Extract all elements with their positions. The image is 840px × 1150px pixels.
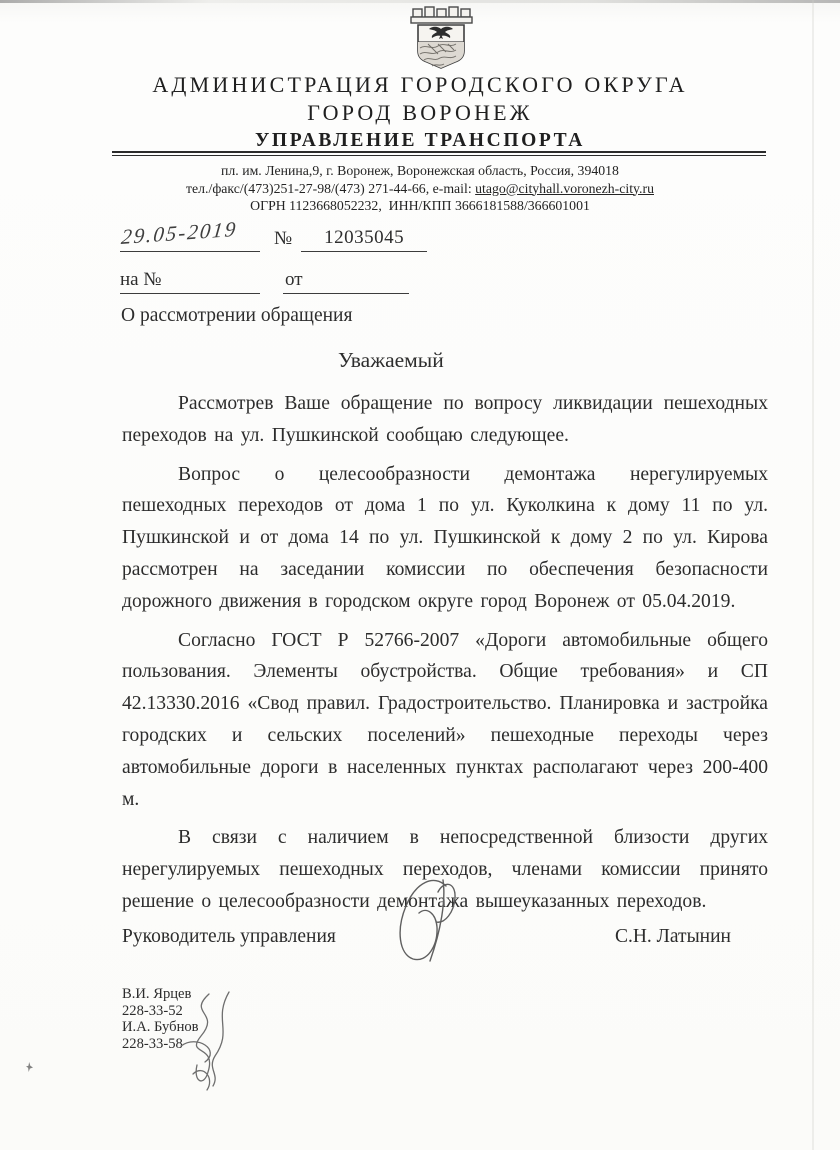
letterhead: АДМИНИСТРАЦИЯ ГОРОДСКОГО ОКРУГА ГОРОД ВО… [0, 71, 840, 154]
letterhead-divider-rule [112, 151, 766, 156]
letterhead-contacts: пл. им. Ленина,9, г. Воронеж, Воронежска… [0, 162, 840, 215]
number-sign-label: № [260, 228, 301, 252]
org-phone-email-line: тел./факс/(473)251-27-98/(473) 271-44-66… [0, 180, 840, 198]
org-address: пл. им. Ленина,9, г. Воронеж, Воронежска… [0, 162, 840, 180]
signature-row: Руководитель управления С.Н. Латынин [122, 926, 768, 948]
scan-artifact-speck [26, 1062, 33, 1072]
scan-edge-artifact [0, 0, 840, 3]
body-paragraph: Согласно ГОСТ Р 52766-2007 «Дороги автом… [122, 625, 768, 816]
voronezh-coat-of-arms-icon [404, 6, 478, 70]
outgoing-date-field: 29.05-2019 [120, 218, 260, 252]
org-ogrn-inn: ОГРН 1123668052232, ИНН/КПП 3666181588/3… [0, 197, 840, 215]
reply-from-date-field: от [283, 269, 409, 294]
outgoing-reference-row: 29.05-2019 № 12035045 [120, 218, 550, 252]
outgoing-number-value: 12035045 [301, 227, 427, 252]
org-name-line2: ГОРОД ВОРОНЕЖ [0, 99, 840, 127]
letter-greeting: Уважаемый [338, 348, 444, 373]
pen-scribble-icon [163, 986, 255, 1098]
signatory-name: С.Н. Латынин [615, 926, 768, 948]
signatory-title: Руководитель управления [122, 926, 336, 948]
letter-body: Рассмотрев Ваше обращение по вопросу лик… [122, 388, 768, 925]
letter-subject: О рассмотрении обращения [121, 305, 352, 327]
org-email-link: utago@cityhall.voronezh-city.ru [475, 181, 654, 196]
reference-block: 29.05-2019 № 12035045 на № от [120, 218, 550, 294]
director-signature-icon [386, 872, 482, 964]
scanned-letter-page: АДМИНИСТРАЦИЯ ГОРОДСКОГО ОКРУГА ГОРОД ВО… [0, 0, 840, 1150]
org-name-line1: АДМИНИСТРАЦИЯ ГОРОДСКОГО ОКРУГА [0, 71, 840, 99]
reply-to-number-field: на № [120, 269, 260, 294]
body-paragraph: Вопрос о целесообразности демонтажа нере… [122, 459, 768, 618]
org-phone: тел./факс/(473)251-27-98/(473) 271-44-66… [186, 181, 475, 196]
body-paragraph: Рассмотрев Ваше обращение по вопросу лик… [122, 388, 768, 452]
org-department-name: УПРАВЛЕНИЕ ТРАНСПОРТА [0, 127, 840, 154]
incoming-reference-row: на № от [120, 260, 550, 294]
handwritten-date: 29.05-2019 [120, 215, 262, 250]
